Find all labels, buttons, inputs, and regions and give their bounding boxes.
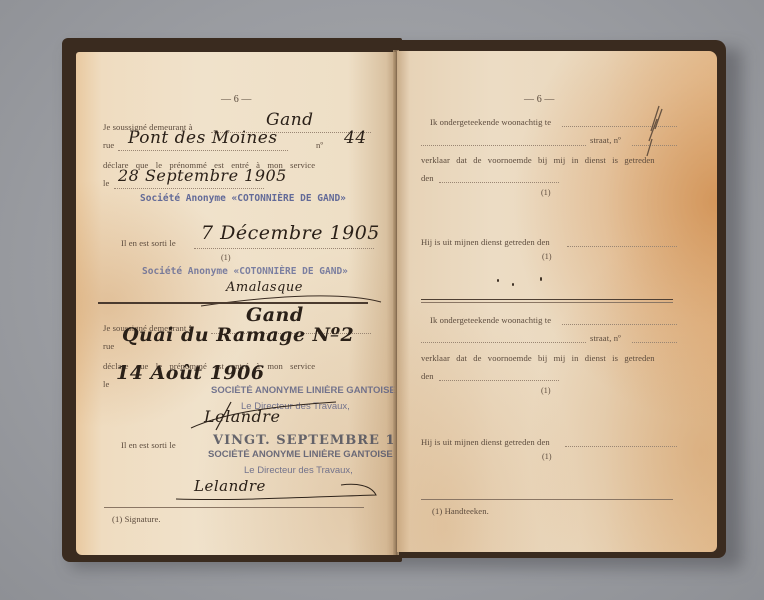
footnote-ref: (1) <box>541 386 551 395</box>
fill-line <box>194 248 374 249</box>
page-number: — 6 — <box>221 94 252 105</box>
footnote: (1) Signature. <box>112 514 161 524</box>
handwritten-city: Gand <box>246 304 304 326</box>
exit-label: Il en est sorti le <box>121 440 176 450</box>
handwritten-entry-date: 14 Août 1906 <box>116 362 265 384</box>
resident-label: Ik ondergeteekende woonachtig te <box>430 315 551 325</box>
date-label: den <box>421 371 434 381</box>
street-label: rue <box>103 341 114 351</box>
fill-line <box>562 324 677 325</box>
pencil-scribble <box>637 101 677 171</box>
handwritten-street: Pont des Moines <box>128 128 278 148</box>
fill-line <box>421 342 586 343</box>
footnote-ref: (1) <box>542 252 552 261</box>
right-page: — 6 — Ik ondergeteekende woonachtig te s… <box>397 51 717 552</box>
exit-date-stamp: VINGT. SEPTEMBRE 1906 <box>213 433 396 448</box>
left-page: — 6 — Je soussigné demeurant à Gand rue … <box>76 52 396 555</box>
date-label: den <box>421 173 434 183</box>
date-label: le <box>103 178 109 188</box>
handwritten-number: 44 <box>344 128 367 148</box>
fill-line <box>565 446 677 447</box>
footnote-ref: (1) <box>541 188 551 197</box>
fill-line <box>632 342 677 343</box>
fill-line <box>439 380 559 381</box>
fill-line <box>118 150 288 151</box>
resident-label: Ik ondergeteekende woonachtig te <box>430 117 551 127</box>
street-label: straat, nº <box>590 333 621 343</box>
ink-speck <box>497 279 499 282</box>
page-number: — 6 — <box>524 94 555 105</box>
company-stamp-entry: Société Anonyme «COTONNIÈRE DE GAND» <box>140 193 346 204</box>
fill-line <box>114 188 264 189</box>
footnote: (1) Handteeken. <box>432 506 489 516</box>
exit-label: Il en est sorti le <box>121 238 176 248</box>
footnote-ref: (1) <box>542 452 552 461</box>
company-stamp-exit: SOCIÉTÉ ANONYME LINIÈRE GANTOISE <box>208 449 393 460</box>
street-label: straat, nº <box>590 135 621 145</box>
exit-label: Hij is uit mijnen dienst getreden den <box>421 237 550 247</box>
signature-flourish <box>186 392 376 432</box>
date-label: le <box>103 379 109 389</box>
handwritten-entry-date: 28 Septembre 1905 <box>118 166 287 185</box>
company-stamp-exit: Société Anonyme «COTONNIÈRE DE GAND» <box>142 266 348 277</box>
handwritten-city: Gand <box>266 110 314 130</box>
director-stamp: Le Directeur des Travaux, <box>244 465 353 476</box>
footnote-ref: (1) <box>221 253 231 262</box>
exit-label: Hij is uit mijnen dienst getreden den <box>421 437 550 447</box>
ink-speck <box>512 283 514 286</box>
section-divider <box>421 299 673 303</box>
footnote-rule <box>104 507 364 508</box>
section-divider <box>98 302 368 304</box>
declaration-text: verklaar dat de voornoemde bij mij in di… <box>421 155 655 165</box>
handwritten-street: Quai du Ramage Nº2 <box>122 324 354 346</box>
fill-line <box>421 145 586 146</box>
declaration-text: verklaar dat de voornoemde bij mij in di… <box>421 353 655 363</box>
fill-line <box>567 246 677 247</box>
number-label: nº <box>316 140 323 150</box>
ink-speck <box>540 277 542 281</box>
signature-flourish <box>171 477 381 505</box>
footnote-rule <box>421 499 673 500</box>
fill-line <box>439 182 559 183</box>
street-label: rue <box>103 140 114 150</box>
handwritten-exit-date: 7 Décembre 1905 <box>201 222 380 244</box>
